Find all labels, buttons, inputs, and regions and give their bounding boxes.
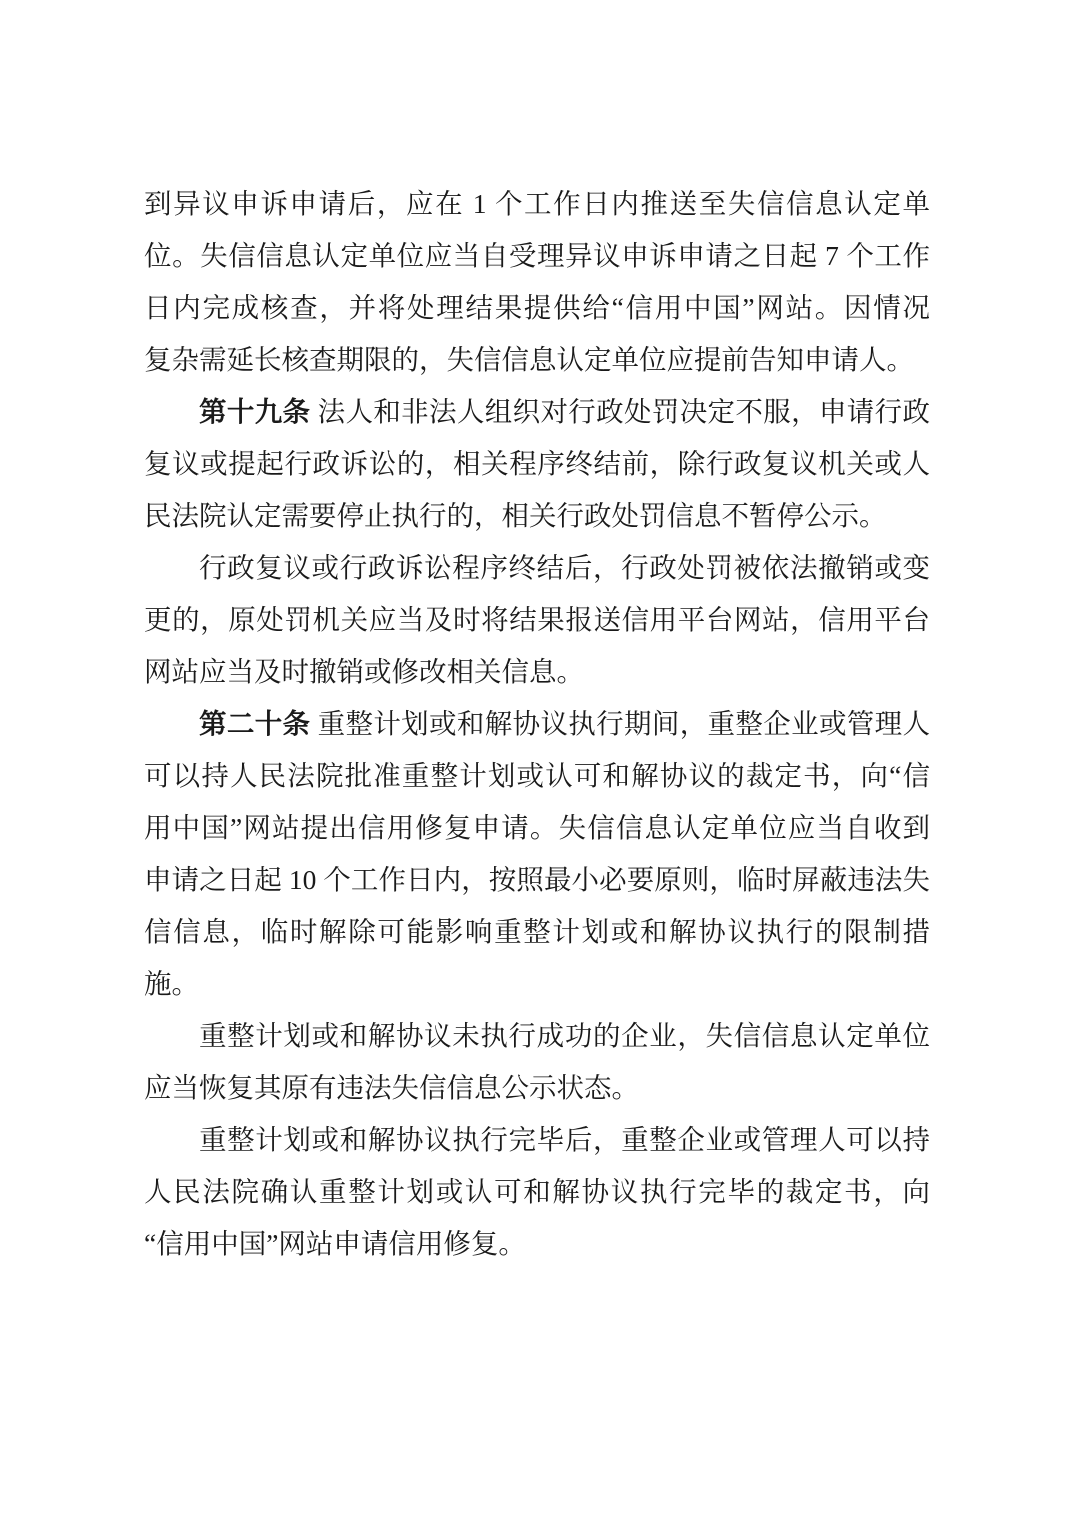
text-line: 用中国”网站提出信用修复申请。失信信息认定单位应当自收到 — [144, 802, 930, 854]
text-line: 复议或提起行政诉讼的，相关程序终结前，除行政复议机关或人 — [144, 438, 930, 490]
text-line: 施。 — [144, 958, 930, 1010]
text-line: 第十九条 法人和非法人组织对行政处罚决定不服，申请行政 — [144, 386, 930, 438]
text-line: 行政复议或行政诉讼程序终结后，行政处罚被依法撤销或变 — [144, 542, 930, 594]
text-line: 更的，原处罚机关应当及时将结果报送信用平台网站，信用平台 — [144, 594, 930, 646]
article-number: 第十九条 — [199, 396, 310, 427]
text-line: 应当恢复其原有违法失信信息公示状态。 — [144, 1062, 930, 1114]
text-line: 人民法院确认重整计划或认可和解协议执行完毕的裁定书，向 — [144, 1166, 930, 1218]
text-line: 重整计划或和解协议执行完毕后，重整企业或管理人可以持 — [144, 1114, 930, 1166]
text-line: 日内完成核查，并将处理结果提供给“信用中国”网站。因情况 — [144, 282, 930, 334]
text-line: 到异议申诉申请后，应在 1 个工作日内推送至失信信息认定单 — [144, 178, 930, 230]
text-line: 民法院认定需要停止执行的，相关行政处罚信息不暂停公示。 — [144, 490, 930, 542]
document-page: 到异议申诉申请后，应在 1 个工作日内推送至失信信息认定单位。失信信息认定单位应… — [0, 0, 1074, 1520]
text-line: 第二十条 重整计划或和解协议执行期间，重整企业或管理人 — [144, 698, 930, 750]
text-line: 可以持人民法院批准重整计划或认可和解协议的裁定书，向“信 — [144, 750, 930, 802]
text-line: 信信息，临时解除可能影响重整计划或和解协议执行的限制措 — [144, 906, 930, 958]
text-line: 申请之日起 10 个工作日内，按照最小必要原则，临时屏蔽违法失 — [144, 854, 930, 906]
text-line: “信用中国”网站申请信用修复。 — [144, 1218, 930, 1270]
text-line: 网站应当及时撤销或修改相关信息。 — [144, 646, 930, 698]
text-line: 复杂需延长核查期限的，失信信息认定单位应提前告知申请人。 — [144, 334, 930, 386]
document-text-block: 到异议申诉申请后，应在 1 个工作日内推送至失信信息认定单位。失信信息认定单位应… — [144, 178, 930, 1270]
text-line: 重整计划或和解协议未执行成功的企业，失信信息认定单位 — [144, 1010, 930, 1062]
article-number: 第二十条 — [199, 708, 310, 739]
text-line: 位。失信信息认定单位应当自受理异议申诉申请之日起 7 个工作 — [144, 230, 930, 282]
